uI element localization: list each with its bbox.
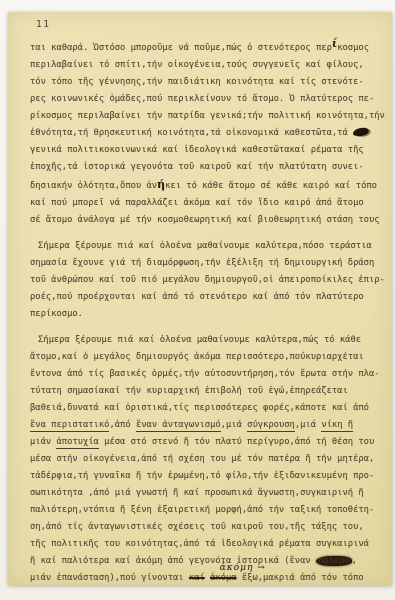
text-line: σωπικότητα ,ἀπό μιά γνωστή ἤ καί προσωπι… xyxy=(30,485,388,502)
text-line: σημασία ἔχουνε γιά τή διαμόρφωση,τήν ἐξέ… xyxy=(30,255,388,272)
typed-text: ἔντονα ἀπό τίς βασικές ὁρμές,τήν αὐτοσυν… xyxy=(30,369,380,379)
text-line: τοῦ ἀνθρώπου καί τοῦ πιό μεγάλου δημιουρ… xyxy=(30,272,388,289)
typed-text: ,μιά xyxy=(295,420,321,430)
text-line: ἤ καί παλιότερα καί ἀκόμη ἀπό γεγονότα ἱ… xyxy=(30,553,388,570)
typed-text: ται καθαρά. Ὡστόσο μποροῦμε νά ποῦμε,πώς… xyxy=(30,43,332,53)
typed-text: , xyxy=(352,556,357,566)
typed-text: μέσα στό στενό ἤ τόν πλατύ περίγυρο,ἀπό … xyxy=(99,437,374,447)
text-line: μιάν ἐπανάσταση),πού γίνονται καί ἀκόμα … xyxy=(30,570,388,587)
handwritten-note: ἀκόμη → xyxy=(220,560,266,577)
typed-text: ρες κοινωνικές ὁμάδες,πού περικλείνουν τ… xyxy=(30,94,374,104)
typed-text: γενικά πολιτικοκοινωνικά καί ἰδεολογικά … xyxy=(30,145,364,155)
ink-blot: πόλεμο xyxy=(316,556,352,566)
typed-text: κει τό κάθε ἄτομο σέ κάθε καιρό καί τόπο xyxy=(165,181,377,191)
typed-text: περιλαβαίνει τό σπίτι,τήν οἰκογένεια,τού… xyxy=(30,60,364,70)
text-line: γενικά πολιτικοκοινωνικά καί ἰδεολογικά … xyxy=(30,142,388,159)
document-page: 11 ται καθαρά. Ὡστόσο μποροῦμε νά ποῦμε,… xyxy=(8,12,392,585)
text-line: ση,ἀπό τίς ἀνταγωνιστικές σχέσεις τοῦ κα… xyxy=(30,519,388,536)
typed-text: τῆς πολιτικῆς του κοινότητας,ἀπό τά ἰδεο… xyxy=(30,539,369,549)
scan-background: 11 ται καθαρά. Ὡστόσο μποροῦμε νά ποῦμε,… xyxy=(0,0,395,600)
typed-text: σέ ἄτομο ἀνάλογα μέ τήν κοσμοθεωρητική κ… xyxy=(30,215,380,225)
underlined-text: ἕνα περιστατικό xyxy=(30,420,109,432)
typed-text: Σήμερα ξέρουμε πιά καί ὁλοένα μαθαίνουμε… xyxy=(38,241,372,251)
text-line: τόν τόπο τῆς γέννησης,τήν παιδιάτικη κοι… xyxy=(30,74,388,91)
handwritten-correction: ή xyxy=(157,178,165,191)
text-line: ροές,πού προέρχονται καί ἀπό τό στενότερ… xyxy=(30,289,388,306)
paragraph: ται καθαρά. Ὡστόσο μποροῦμε νά ποῦμε,πώς… xyxy=(30,38,388,229)
typed-text: τόν τόπο τῆς γέννησης,τήν παιδιάτικη κοι… xyxy=(30,77,364,87)
typed-text: βαθειά,δυνατά καί ὁριστικά,τίς περισσότε… xyxy=(30,403,369,413)
text-line: Σήμερα ξέρουμε πιά καί ὁλοένα μαθαίνουμε… xyxy=(30,238,388,255)
typed-text: μέσα στήν οἰκογένεια,ἀπό τή σχέση του μέ… xyxy=(30,454,374,464)
underlined-text: ἀποτυχία xyxy=(56,437,98,449)
text-line: βαθειά,δυνατά καί ὁριστικά,τίς περισσότε… xyxy=(30,400,388,417)
text-line: ἔντονα ἀπό τίς βασικές ὁρμές,τήν αὐτοσυν… xyxy=(30,366,388,383)
typed-text: ,μιά xyxy=(221,420,247,430)
text-line: ἐποχῆς,τά ἱστορικά γεγονότα τοῦ καιροῦ κ… xyxy=(30,159,388,176)
text-line: ρίκοσμος περιλαβαίνει τήν πατρίδα γενικά… xyxy=(30,108,388,125)
text-line: ρες κοινωνικές ὁμάδες,πού περικλείνουν τ… xyxy=(30,91,388,108)
paragraph: Σήμερα ξέρουμε πιά καί ὁλοένα μαθαίνουμε… xyxy=(30,332,388,587)
typed-text: σημασία ἔχουνε γιά τή διαμόρφωση,τήν ἐξέ… xyxy=(30,258,374,268)
text-line: καί πού μπορεῖ νά παραλλάζει ἀκόμα καί τ… xyxy=(30,195,388,212)
typewritten-text: ται καθαρά. Ὡστόσο μποροῦμε νά ποῦμε,πώς… xyxy=(30,38,388,587)
text-line: τῆς πολιτικῆς του κοινότητας,ἀπό τά ἰδεο… xyxy=(30,536,388,553)
typed-text: περίκοσμο. xyxy=(30,309,83,319)
typed-text: τἀδέρφια,τή γυναῖκα ἤ τήν ἐρωμένη,τό φίλ… xyxy=(30,471,374,481)
text-line: ἕνα περιστατικό,ἀπό ἕναν ἀνταγωνισμό,μιά… xyxy=(30,417,388,434)
text-line: ἐθνότητα,τή θρησκευτική κοινότητα,τά οἰκ… xyxy=(30,125,388,142)
text-line: μιάν ἀποτυχία μέσα στό στενό ἤ τόν πλατύ… xyxy=(30,434,388,451)
text-line: τύτατη σημασίακαί τήν κυριαρχική ἐπιβολή… xyxy=(30,383,388,400)
typed-text: ,ἀπό xyxy=(109,420,135,430)
typed-text: κοσμος xyxy=(337,43,369,53)
underlined-text: σύγκρουση xyxy=(247,420,295,432)
underlined-text: ἕναν ἀνταγωνισμό xyxy=(136,420,221,432)
typed-text: παλιότερη,ντόπια ἤ ξένη ἐξαιρετική μορφή… xyxy=(30,505,374,515)
text-line: ται καθαρά. Ὡστόσο μποροῦμε νά ποῦμε,πώς… xyxy=(30,38,388,57)
text-line: περίκοσμο. xyxy=(30,306,388,323)
typed-text: ἐθνότητα,τή θρησκευτική κοινότητα,τά οἰκ… xyxy=(30,128,353,138)
text-line: παλιότερη,ντόπια ἤ ξένη ἐξαιρετική μορφή… xyxy=(30,502,388,519)
text-line: ἄτομο,καί ὁ μεγάλος δημιουργός ἀκόμα περ… xyxy=(30,349,388,366)
underlined-text: νίκη ἤ xyxy=(321,420,353,432)
typed-text: σωπικότητα ,ἀπό μιά γνωστή ἤ καί προσωπι… xyxy=(30,488,364,498)
typed-text: δησιακήν ὁλότητα,ὅπου ἀν xyxy=(30,181,157,191)
typed-text: ση,ἀπό τίς ἀνταγωνιστικές σχέσεις τοῦ κα… xyxy=(30,522,364,532)
text-line: σέ ἄτομο ἀνάλογα μέ τήν κοσμοθεωρητική κ… xyxy=(30,212,388,229)
text-line: τἀδέρφια,τή γυναῖκα ἤ τήν ἐρωμένη,τό φίλ… xyxy=(30,468,388,485)
typed-text: καί πού μπορεῖ νά παραλλάζει ἀκόμα καί τ… xyxy=(30,198,364,208)
handwritten-correction: ί xyxy=(332,37,337,50)
typed-text: μιάν ἐπανάσταση),πού γίνονται xyxy=(30,573,189,583)
typed-text: τοῦ ἀνθρώπου καί τοῦ πιό μεγάλου δημιουρ… xyxy=(30,275,385,285)
text-line: περιλαβαίνει τό σπίτι,τήν οἰκογένεια,τού… xyxy=(30,57,388,74)
text-line: μέσα στήν οἰκογένεια,ἀπό τή σχέση του μέ… xyxy=(30,451,388,468)
struck-text: καί xyxy=(189,573,205,583)
text-line: Σήμερα ξέρουμε πιά καί ὁλοένα μαθαίνουμε… xyxy=(30,332,388,349)
typed-text: μιάν xyxy=(30,437,56,447)
typed-text: τύτατη σημασίακαί τήν κυριαρχική ἐπιβολή… xyxy=(30,386,348,396)
text-line: δησιακήν ὁλότητα,ὅπου ἀνήκει τό κάθε ἄτο… xyxy=(30,176,388,195)
typed-text: ροές,πού προέρχονται καί ἀπό τό στενότερ… xyxy=(30,292,364,302)
typed-text: Σήμερα ξέρουμε πιά καί ὁλοένα μαθαίνουμε… xyxy=(38,335,361,345)
typed-text: ρίκοσμος περιλαβαίνει τήν πατρίδα γενικά… xyxy=(30,111,385,121)
typed-text: ἄτομο,καί ὁ μεγάλος δημιουργός ἀκόμα περ… xyxy=(30,352,364,362)
typed-text: ἤ καί παλιότερα καί ἀκόμη ἀπό γεγονότα ἱ… xyxy=(30,556,316,566)
paragraph: Σήμερα ξέρουμε πιά καί ὁλοένα μαθαίνουμε… xyxy=(30,238,388,323)
pen-scribble xyxy=(353,127,370,137)
page-number: 11 xyxy=(36,19,50,30)
typed-text: ἐποχῆς,τά ἱστορικά γεγονότα τοῦ καιροῦ κ… xyxy=(30,162,364,172)
